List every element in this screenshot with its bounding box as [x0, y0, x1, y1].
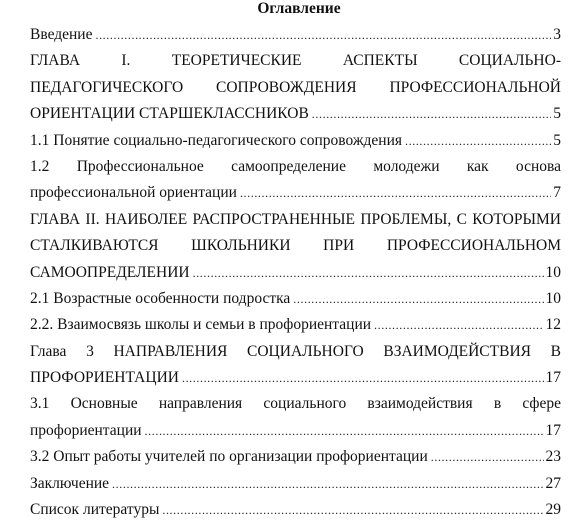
toc-entry-section-3-1[interactable]: 3.1 Основные направления социального вза…: [30, 391, 561, 444]
page-number: 10: [546, 260, 562, 286]
toc-title: Оглавление: [0, 0, 580, 18]
page-number: 10: [546, 286, 562, 312]
toc-line: ОРИЕНТАЦИИ СТАРШЕКЛАССНИКОВ5: [30, 101, 561, 127]
toc-entry-text: профессиональной ориентации: [30, 180, 237, 206]
toc-entry-text: ГЛАВА II. НАИБОЛЕЕ РАСПРОСТРАНЕННЫЕ ПРОБ…: [30, 211, 561, 228]
toc-entry-text: 2.1 Возрастные особенности подростка: [30, 286, 290, 312]
dot-leader: [112, 471, 543, 497]
toc-entry-chapter-2[interactable]: ГЛАВА II. НАИБОЛЕЕ РАСПРОСТРАНЕННЫЕ ПРОБ…: [30, 207, 561, 286]
toc-entry-text: 2.2. Взаимосвязь школы и семьи в профори…: [30, 312, 371, 338]
toc-line: 2.1 Возрастные особенности подростка10: [30, 286, 561, 312]
toc-entry-section-2-1[interactable]: 2.1 Возрастные особенности подростка10: [30, 286, 561, 312]
toc-entry-text: ГЛАВА I. ТЕОРЕТИЧЕСКИЕ АСПЕКТЫ СОЦИАЛЬНО…: [30, 52, 561, 69]
toc-line: Глава 3 НАПРАВЛЕНИЯ СОЦИАЛЬНОГО ВЗАИМОДЕ…: [30, 339, 561, 365]
page-number: 27: [546, 471, 562, 497]
toc-line: профориентации17: [30, 418, 561, 444]
toc-entry-section-3-2[interactable]: 3.2 Опыт работы учителей по организации …: [30, 444, 561, 470]
dot-leader: [405, 128, 551, 154]
toc-line: ПЕДАГОГИЧЕСКОГО СОПРОВОЖДЕНИЯ ПРОФЕССИОН…: [30, 75, 561, 101]
toc-entry-intro[interactable]: Введение3: [30, 22, 561, 48]
toc-entry-text: ПРОФОРИЕНТАЦИИ: [30, 365, 179, 391]
toc-line: 2.2. Взаимосвязь школы и семьи в профори…: [30, 312, 561, 338]
page-number: 17: [546, 365, 562, 391]
toc-line: ГЛАВА II. НАИБОЛЕЕ РАСПРОСТРАНЕННЫЕ ПРОБ…: [30, 207, 561, 233]
toc-entry-chapter-3[interactable]: Глава 3 НАПРАВЛЕНИЯ СОЦИАЛЬНОГО ВЗАИМОДЕ…: [30, 339, 561, 392]
toc-line: СТАЛКИВАЮТСЯ ШКОЛЬНИКИ ПРИ ПРОФЕССИОНАЛЬ…: [30, 233, 561, 259]
toc-entry-text: 1.2 Профессиональное самоопределение мол…: [30, 158, 561, 175]
page-number: 5: [553, 128, 561, 154]
toc-entry-text: Заключение: [30, 471, 109, 497]
toc-line: 3.2 Опыт работы учителей по организации …: [30, 444, 561, 470]
toc-line: Список литературы29: [30, 497, 561, 523]
toc-entry-text: Глава 3 НАПРАВЛЕНИЯ СОЦИАЛЬНОГО ВЗАИМОДЕ…: [30, 343, 561, 360]
page-number: 29: [546, 497, 562, 523]
toc-line: Введение3: [30, 22, 561, 48]
toc-line: профессиональной ориентации7: [30, 180, 561, 206]
toc-line: ГЛАВА I. ТЕОРЕТИЧЕСКИЕ АСПЕКТЫ СОЦИАЛЬНО…: [30, 48, 561, 74]
dot-leader: [293, 286, 543, 312]
page-number: 17: [546, 418, 562, 444]
toc-entry-text: СТАЛКИВАЮТСЯ ШКОЛЬНИКИ ПРИ ПРОФЕССИОНАЛЬ…: [30, 237, 561, 254]
toc-entry-references[interactable]: Список литературы29: [30, 497, 561, 523]
dot-leader: [312, 101, 551, 127]
toc-line: Заключение27: [30, 471, 561, 497]
dot-leader: [193, 260, 544, 286]
page-number: 5: [553, 101, 561, 127]
toc-line: 1.2 Профессиональное самоопределение мол…: [30, 154, 561, 180]
toc-entry-text: 1.1 Понятие социально-педагогического со…: [30, 128, 402, 154]
toc-entry-text: Введение: [30, 22, 92, 48]
page-number: 23: [546, 444, 562, 470]
table-of-contents: Введение3ГЛАВА I. ТЕОРЕТИЧЕСКИЕ АСПЕКТЫ …: [30, 22, 561, 523]
dot-leader: [431, 444, 544, 470]
page-number: 3: [553, 22, 561, 48]
page-number: 12: [546, 312, 562, 338]
dot-leader: [162, 497, 543, 523]
dot-leader: [182, 365, 544, 391]
toc-entry-section-1-2[interactable]: 1.2 Профессиональное самоопределение мол…: [30, 154, 561, 207]
toc-entry-conclusion[interactable]: Заключение27: [30, 471, 561, 497]
toc-line: 3.1 Основные направления социального вза…: [30, 391, 561, 417]
toc-entry-section-1-1[interactable]: 1.1 Понятие социально-педагогического со…: [30, 128, 561, 154]
toc-entry-text: профориентации: [30, 418, 142, 444]
toc-entry-text: 3.1 Основные направления социального вза…: [30, 395, 561, 412]
toc-entry-section-2-2[interactable]: 2.2. Взаимосвязь школы и семьи в профори…: [30, 312, 561, 338]
toc-entry-text: ОРИЕНТАЦИИ СТАРШЕКЛАССНИКОВ: [30, 101, 309, 127]
toc-entry-text: 3.2 Опыт работы учителей по организации …: [30, 444, 428, 470]
toc-entry-text: ПЕДАГОГИЧЕСКОГО СОПРОВОЖДЕНИЯ ПРОФЕССИОН…: [30, 79, 561, 96]
toc-line: САМООПРЕДЕЛЕНИИ10: [30, 260, 561, 286]
toc-entry-chapter-1[interactable]: ГЛАВА I. ТЕОРЕТИЧЕСКИЕ АСПЕКТЫ СОЦИАЛЬНО…: [30, 48, 561, 127]
dot-leader: [374, 312, 543, 338]
toc-line: ПРОФОРИЕНТАЦИИ17: [30, 365, 561, 391]
page-number: 7: [553, 180, 561, 206]
toc-entry-text: Список литературы: [30, 497, 159, 523]
toc-entry-text: САМООПРЕДЕЛЕНИИ: [30, 260, 190, 286]
toc-line: 1.1 Понятие социально-педагогического со…: [30, 128, 561, 154]
dot-leader: [240, 180, 551, 206]
dot-leader: [95, 22, 551, 48]
dot-leader: [145, 418, 544, 444]
